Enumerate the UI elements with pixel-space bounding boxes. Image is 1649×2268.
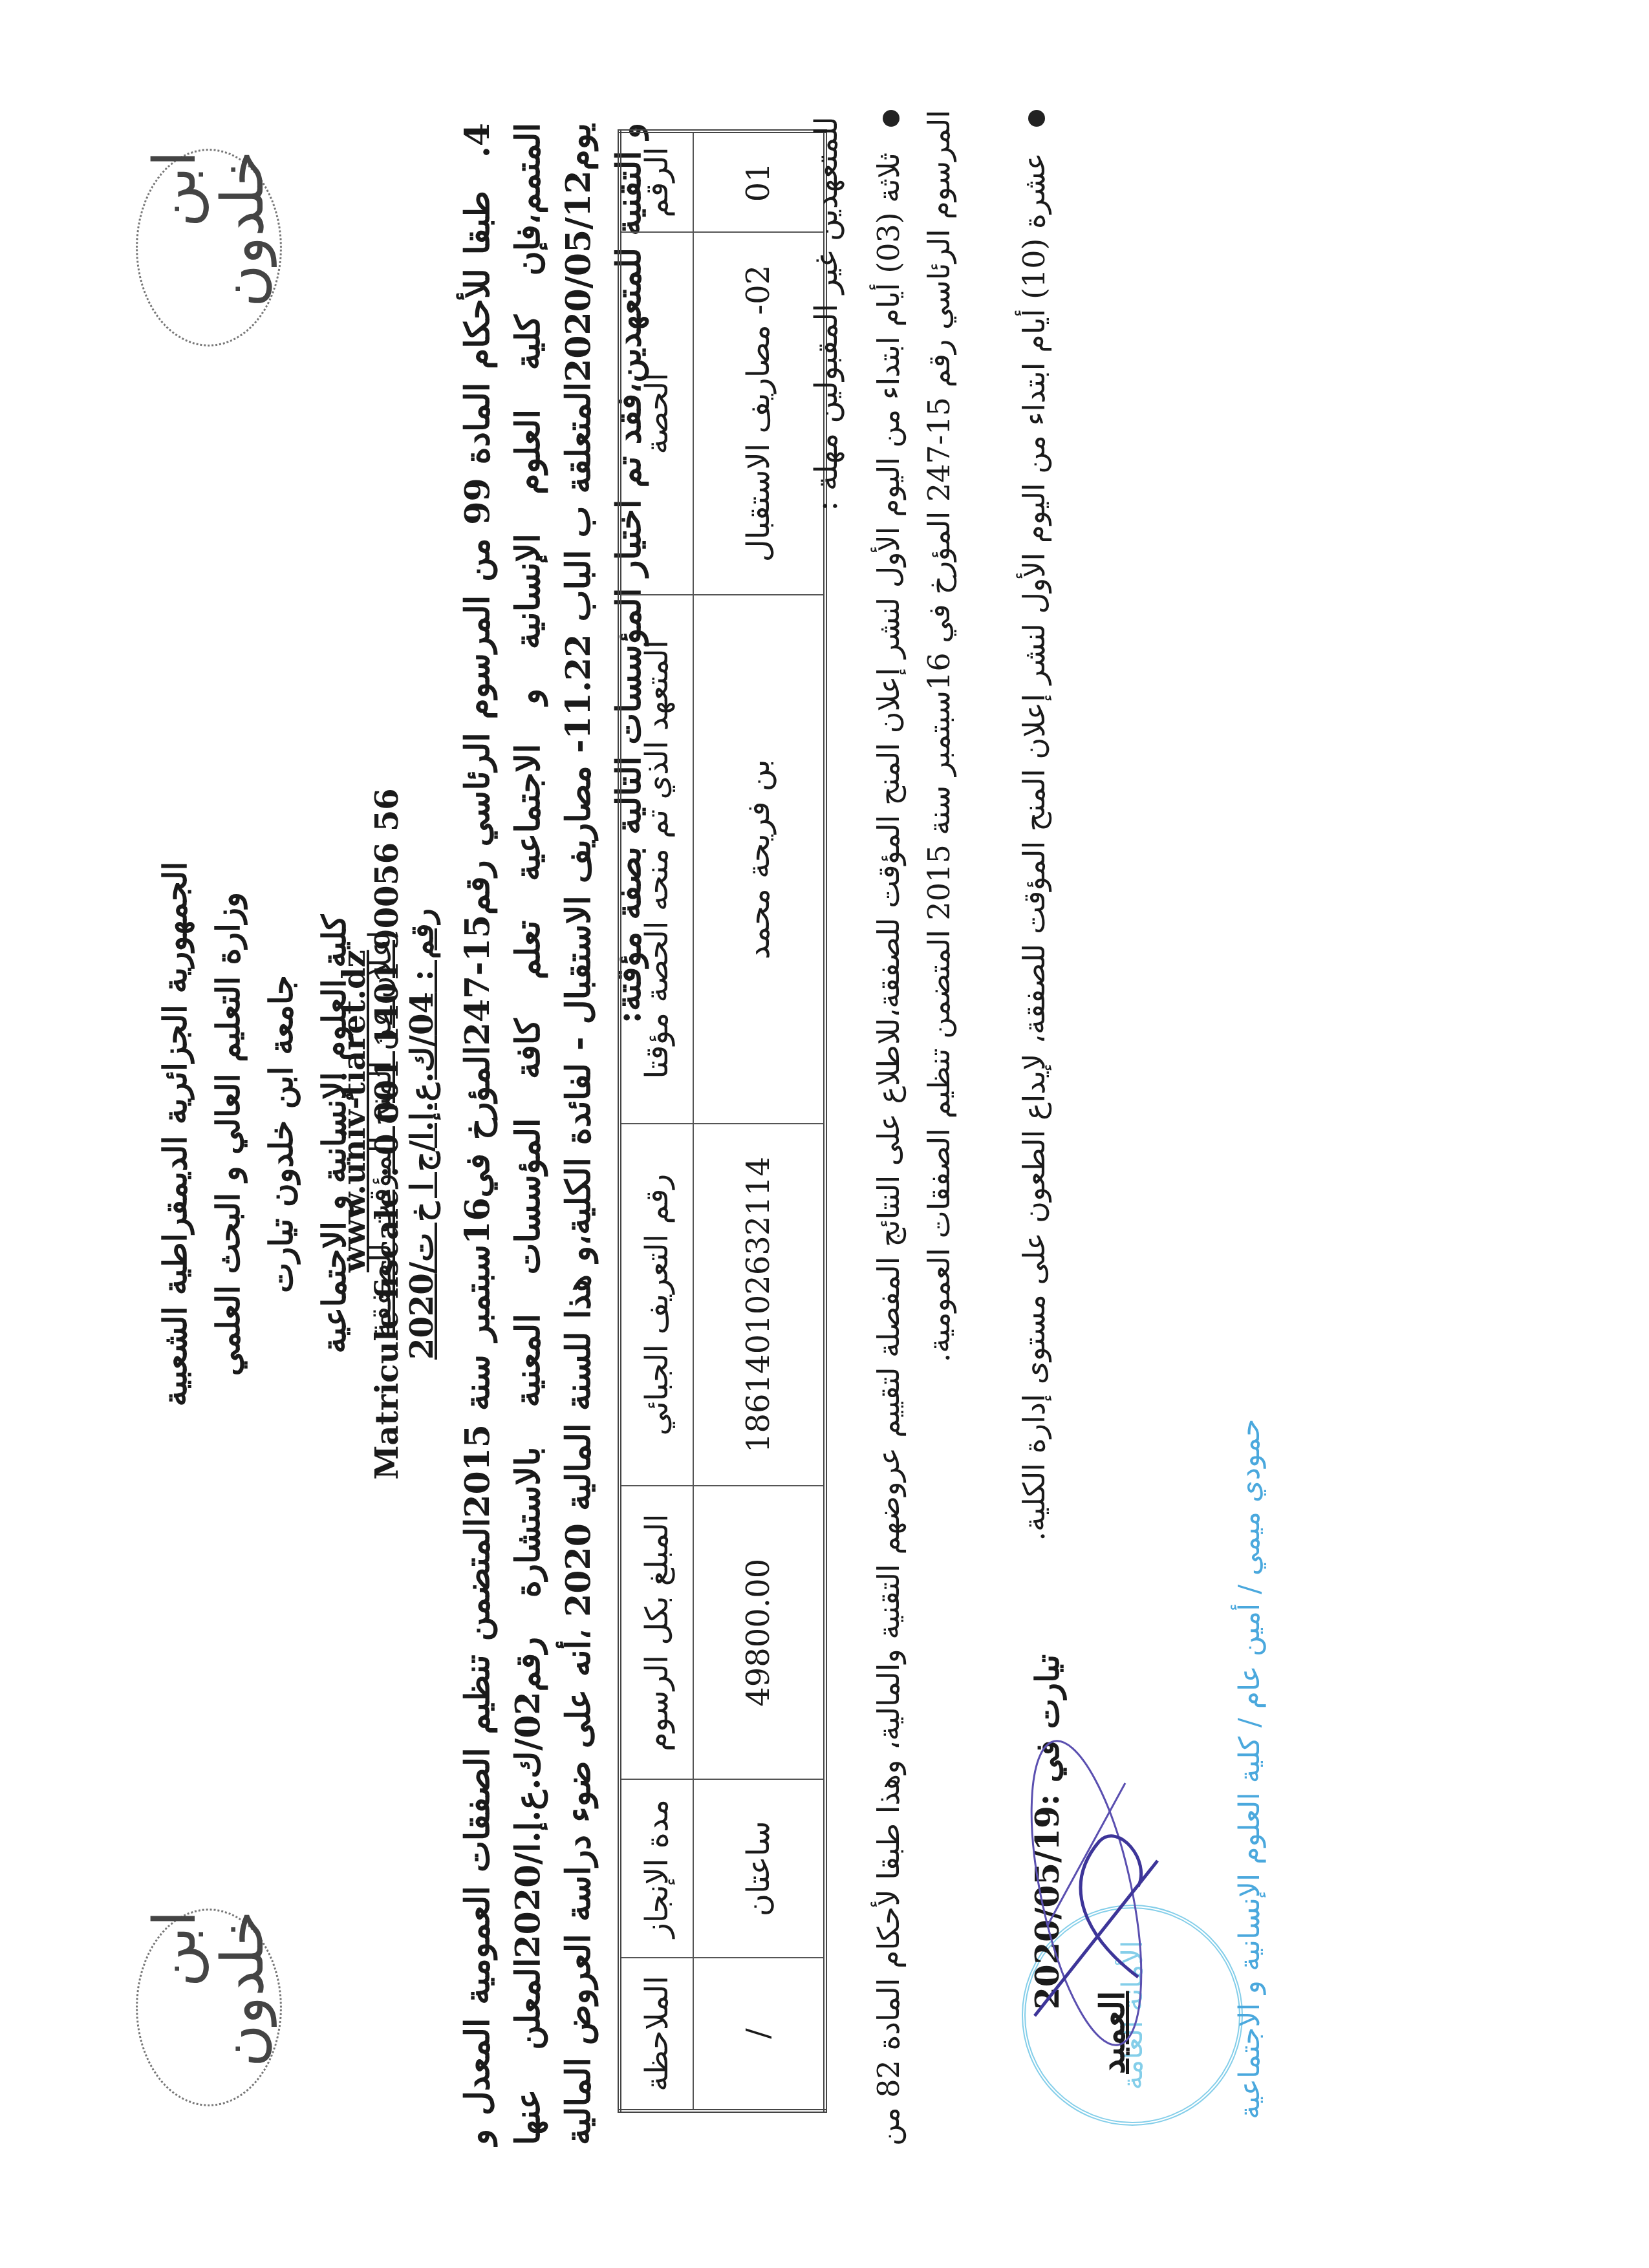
header-bidder: المتعهد الذي تم منحه الحصة مؤقتا [620,595,693,1124]
bullet-text: ثلاثة (03) أيام ابتداء من اليوم الأول لن… [871,110,956,2146]
signature-place-date: تيارت في :2020/05/19 [1028,1654,1066,2009]
cell-number: 01 [693,131,825,232]
header-amount: المبلغ بكل الرسوم [620,1486,693,1779]
cell-amount: 49800.00 [693,1486,825,1779]
table-row: 01 02- مصاريف الاستقبال بن فريحة محمد 18… [693,131,825,2111]
bullet-icon [883,110,900,127]
paragraph-number: 4. [458,123,497,158]
notice-intro: للمتعهدين غير المقبولين مهلة : [808,116,845,511]
document-page: ابن خلدون ابن خلدون الجمهورية الجزائرية … [0,0,1649,2268]
award-table: الرقم الحصة المتعهد الذي تم منحه الحصة م… [618,129,827,2113]
republic-line: الجمهورية الجزائرية الديمقراطية الشعبية [149,0,202,2268]
header-note: الملاحظة [620,1958,693,2111]
header-duration: مدة الإنجاز [620,1779,693,1958]
cell-lot: 02- مصاريف الاستقبال [693,232,825,595]
cell-tax-id: 186140102632114 [693,1124,825,1486]
cell-bidder: بن فريحة محمد [693,595,825,1124]
announcement-reference: رقم : 04/ك.ع.إ.ا/ج ا خ ت/2020 [404,0,440,2268]
announcement-title: إعلان عن المنح المؤقت للصفقة [362,0,398,2268]
header-lot: الحصة [620,232,693,595]
cell-duration: ساعتان [693,1779,825,1958]
table-header-row: الرقم الحصة المتعهد الذي تم منحه الحصة م… [620,131,693,2111]
bullet-text: عشرة (10) أيام ابتداء من اليوم الأول لنش… [1017,153,1051,1541]
ministry-line: وزارة التعليم العالي و البحث العلمي [202,0,255,2268]
award-table-wrapper: الرقم الحصة المتعهد الذي تم منحه الحصة م… [618,129,827,2113]
signature-title: العميد [1093,1991,1132,2074]
cell-note: / [693,1958,825,2111]
header-tax-id: رقم التعريف الجبائي [620,1124,693,1486]
stamp-name-text: حمودي ميمي / أمين عام / كلية العلوم الإن… [1229,1419,1271,2119]
notice-bullet: ثلاثة (03) أيام ابتداء من اليوم الأول لن… [863,110,964,2177]
header-number: الرقم [620,131,693,232]
university-line: جامعة ابن خلدون تيارت [255,0,308,2268]
bullet-icon [1028,110,1045,127]
notice-bullet: عشرة (10) أيام ابتداء من اليوم الأول لنش… [1009,110,1059,1686]
